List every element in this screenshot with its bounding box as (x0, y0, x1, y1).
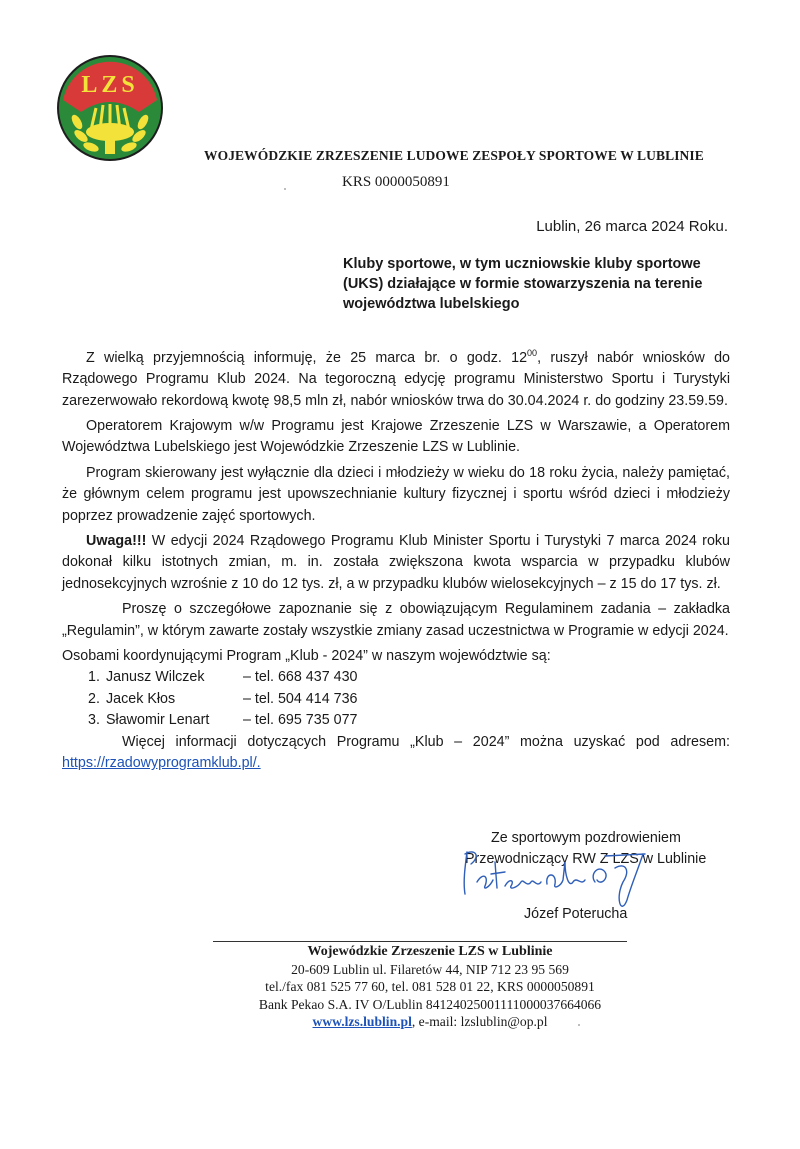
coordinator-item: 1.Janusz Wilczek– tel. 668 437 430 (62, 667, 730, 688)
footer-address: 20-609 Lublin ul. Filaretów 44, NIP 712 … (160, 961, 700, 979)
scan-speck (578, 1024, 580, 1026)
krs-number: KRS 0000050891 (342, 174, 450, 191)
notice-label: Uwaga!!! (86, 533, 146, 549)
footer: Wojewódzkie Zrzeszenie LZS w Lublinie 20… (160, 943, 700, 1031)
signatory-title: Przewodniczący RW Z LZS w Lublinie (445, 849, 745, 870)
paragraph-notice: Uwaga!!! W edycji 2024 Rządowego Program… (62, 531, 730, 595)
lzs-logo-icon: LZS (55, 52, 165, 164)
website-link[interactable]: www.lzs.lublin.pl (313, 1014, 412, 1029)
more-info: Więcej informacji dotyczących Programu „… (62, 732, 730, 753)
footer-phones: tel./fax 081 525 77 60, tel. 081 528 01 … (160, 978, 700, 996)
closing-block: Ze sportowym pozdrowieniem Przewodnicząc… (445, 828, 745, 925)
paragraph-3: Program skierowany jest wyłącznie dla dz… (62, 463, 730, 527)
program-website-link[interactable]: https://rzadowyprogramklub.pl/. (62, 755, 261, 771)
paragraph-regulations: Proszę o szczegółowe zapoznanie się z ob… (62, 599, 730, 642)
footer-organization: Wojewódzkie Zrzeszenie LZS w Lublinie (160, 943, 700, 961)
scan-speck (284, 188, 286, 190)
paragraph-1: Z wielką przyjemnością informuję, że 25 … (62, 343, 730, 412)
coordinators-list: 1.Janusz Wilczek– tel. 668 437 430 2.Jac… (62, 667, 730, 731)
date-line: Lublin, 26 marca 2024 Roku. (536, 218, 728, 235)
closing-greeting: Ze sportowym pozdrowieniem (445, 828, 745, 849)
svg-text:LZS: LZS (81, 72, 138, 98)
footer-bank: Bank Pekao S.A. IV O/Lublin 841240250011… (160, 996, 700, 1014)
footer-divider (213, 941, 627, 942)
coordinator-item: 2.Jacek Kłos– tel. 504 414 736 (62, 689, 730, 710)
recipient-block: Kluby sportowe, w tym uczniowskie kluby … (343, 254, 743, 314)
signatory-name: Józef Poterucha (445, 904, 745, 925)
organization-name: WOJEWÓDZKIE ZRZESZENIE LUDOWE ZESPOŁY SP… (204, 148, 704, 164)
paragraph-2: Operatorem Krajowym w/w Programu jest Kr… (62, 416, 730, 459)
footer-contact: www.lzs.lublin.pl, e-mail: lzslublin@op.… (160, 1013, 700, 1031)
coordinators-intro: Osobami koordynującymi Program „Klub - 2… (62, 646, 730, 667)
footer-email: , e-mail: lzslublin@op.pl (412, 1014, 548, 1029)
coordinator-item: 3.Sławomir Lenart– tel. 695 735 077 (62, 710, 730, 731)
letter-body: Z wielką przyjemnością informuję, że 25 … (62, 343, 730, 774)
